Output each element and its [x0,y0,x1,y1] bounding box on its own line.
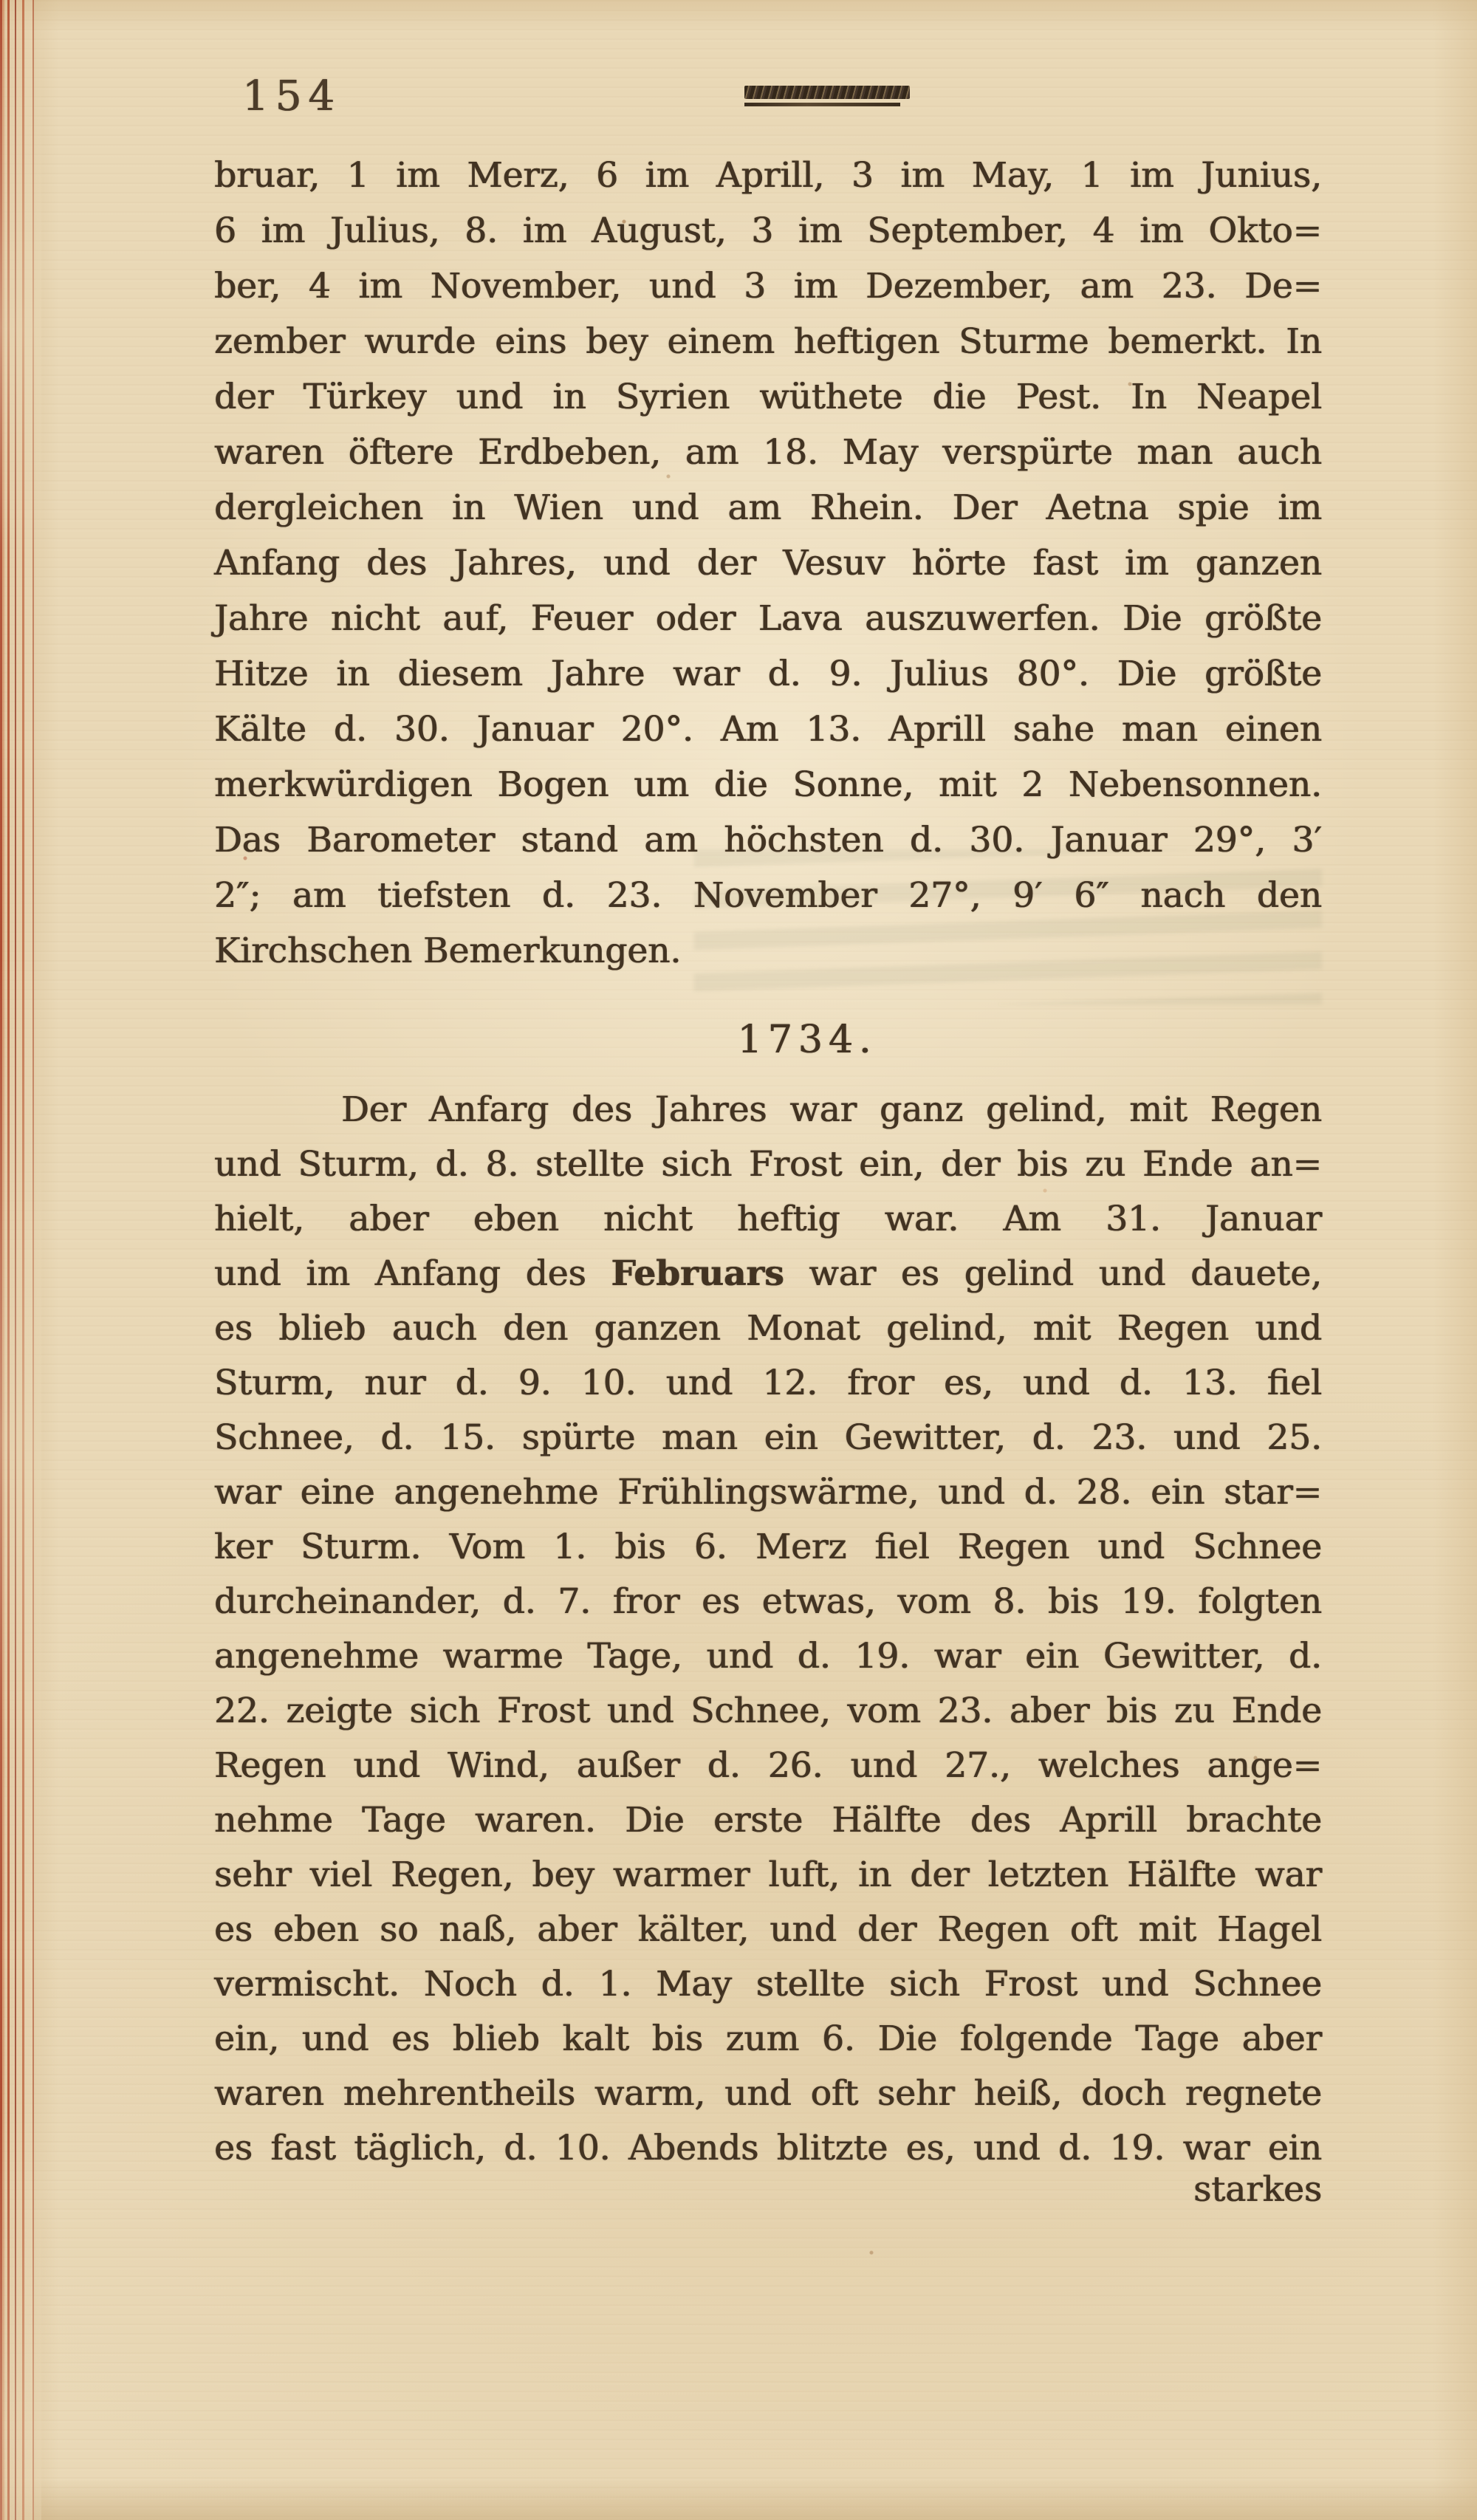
text-line: war eine angenehme Frühlingswärme, und d… [214,1465,1322,1520]
text-line: 6 im Julius, 8. im August, 3 im Septembe… [214,203,1322,258]
text-line: Das Barometer stand am höchsten d. 30. J… [214,812,1322,868]
header-rule-ornament [744,86,910,106]
text-line: und Sturm, d. 8. stellte sich Frost ein,… [214,1137,1322,1192]
text-line: waren öftere Erdbeben, am 18. May verspü… [214,425,1322,480]
paragraph-year-1734: Der Anfarg des Jahres war ganz gelind, m… [214,1083,1322,2176]
text-line: angenehme warme Tage, und d. 19. war ein… [214,1629,1322,1684]
text-line: dergleichen in Wien und am Rhein. Der Ae… [214,480,1322,535]
text-line: es eben so naß, aber kälter, und der Reg… [214,1903,1322,1957]
text-line: bruar, 1 im Merz, 6 im Aprill, 3 im May,… [214,148,1322,203]
text-line: sehr viel Regen, bey warmer luft, in der… [214,1848,1322,1903]
text-line: ein, und es blieb kalt bis zum 6. Die fo… [214,2012,1322,2067]
ornament-braided-bar [744,86,910,99]
text-line: Schnee, d. 15. spürte man ein Gewitter, … [214,1411,1322,1465]
marbled-book-edge [0,0,41,2520]
page-number: 154 [242,72,341,120]
text-line: und im Anfang des Februars war es gelind… [214,1247,1322,1301]
text-line: merkwürdigen Bogen um die Sonne, mit 2 N… [214,757,1322,812]
text-line: Hitze in diesem Jahre war d. 9. Julius 8… [214,646,1322,702]
text-line: 22. zeigte sich Frost und Schnee, vom 23… [214,1684,1322,1739]
text-line: durcheinander, d. 7. fror es etwas, vom … [214,1575,1322,1629]
text-line: Anfang des Jahres, und der Vesuv hörte f… [214,535,1322,591]
text-line: ber, 4 im November, und 3 im Dezember, a… [214,258,1322,314]
text-line: Der Anfarg des Jahres war ganz gelind, m… [214,1083,1322,1137]
year-heading: 1734. [214,1018,1322,1062]
catchword: starkes [214,2168,1322,2212]
text-line: Kälte d. 30. Januar 20°. Am 13. Aprill s… [214,702,1322,757]
paragraph-year-1733-continuation: bruar, 1 im Merz, 6 im Aprill, 3 im May,… [214,148,1322,979]
text-line: vermischt. Noch d. 1. May stellte sich F… [214,1957,1322,2012]
text-line: nehme Tage waren. Die erste Hälfte des A… [214,1793,1322,1848]
ornament-thin-rule [744,103,900,106]
text-line: zember wurde eins bey einem heftigen Stu… [214,314,1322,369]
text-line: Sturm, nur d. 9. 10. und 12. fror es, un… [214,1356,1322,1411]
text-line: Kirchschen Bemerkungen. [214,923,1322,979]
text-line: hielt, aber eben nicht heftig war. Am 31… [214,1192,1322,1247]
text-line: Regen und Wind, außer d. 26. und 27., we… [214,1739,1322,1793]
text-line: es blieb auch den ganzen Monat gelind, m… [214,1301,1322,1356]
book-page-scan: 154 bruar, 1 im Merz, 6 im Aprill, 3 im … [0,0,1477,2520]
text-line: ker Sturm. Vom 1. bis 6. Merz fiel Regen… [214,1520,1322,1575]
text-line: Jahre nicht auf, Feuer oder Lava auszuwe… [214,591,1322,646]
text-line: der Türkey und in Syrien wüthete die Pes… [214,369,1322,425]
text-line: 2″; am tiefsten d. 23. November 27°, 9′ … [214,868,1322,923]
text-line: waren mehrentheils warm, und oft sehr he… [214,2067,1322,2121]
